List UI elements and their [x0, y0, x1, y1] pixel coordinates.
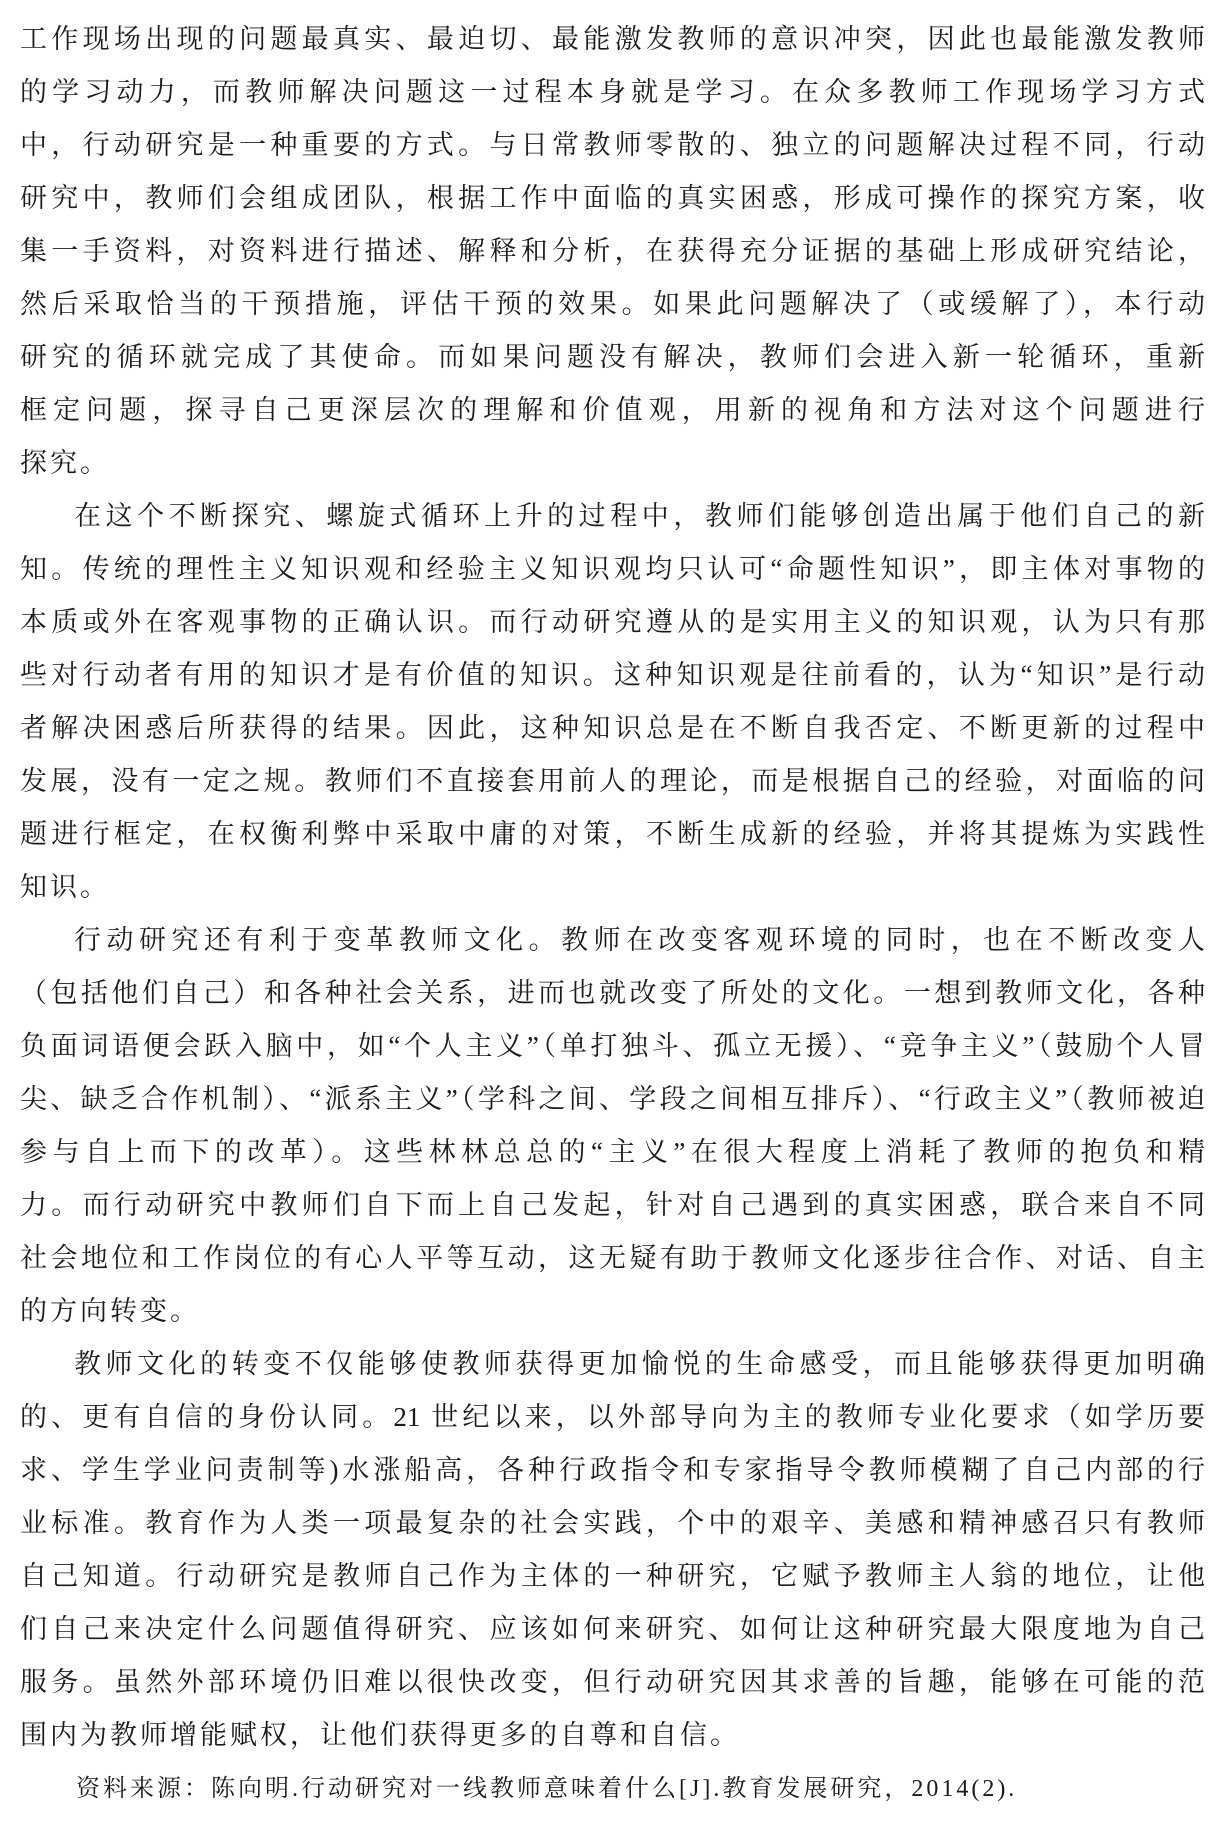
- text-line: 参与自上而下的改革）。这些林林总总的“主义”在很大程度上消耗了教师的抱负和精: [20, 1126, 1205, 1179]
- text-line: 服务。虽然外部环境仍旧难以很快改变，但行动研究因其求善的旨趣，能够在可能的范: [20, 1656, 1205, 1709]
- source-note: 资料来源：陈向明.行动研究对一线教师意味着什么[J].教育发展研究，2014(2…: [20, 1770, 1205, 1808]
- document-page: 工作现场出现的问题最真实、最迫切、最能激发教师的意识冲突，因此也最能激发教师的学…: [0, 0, 1221, 1822]
- text-line: 研究中，教师们会组成团队，根据工作中面临的真实困惑，形成可操作的探究方案，收: [20, 172, 1205, 225]
- text-line: 集一手资料，对资料进行描述、解释和分析，在获得充分证据的基础上形成研究结论，: [20, 225, 1205, 278]
- text-line: 负面词语便会跃入脑中，如“个人主义”（单打独斗、孤立无援）、“竞争主义”（鼓励个…: [20, 1020, 1205, 1073]
- text-line: 知。传统的理性主义知识观和经验主义知识观均只认可“命题性知识”，即主体对事物的: [20, 543, 1205, 596]
- text-line: 探究。: [20, 437, 1205, 490]
- text-line: 们自己来决定什么问题值得研究、应该如何来研究、如何让这种研究最大限度地为自己: [20, 1603, 1205, 1656]
- text-line: 的学习动力，而教师解决问题这一过程本身就是学习。在众多教师工作现场学习方式: [20, 66, 1205, 119]
- text-line: 自己知道。行动研究是教师自己作为主体的一种研究，它赋予教师主人翁的地位，让他: [20, 1550, 1205, 1603]
- paragraph: 行动研究还有利于变革教师文化。教师在改变客观环境的同时，也在不断改变人（包括他们…: [20, 914, 1205, 1338]
- text-line: 尖、缺乏合作机制）、“派系主义”（学科之间、学段之间相互排斥）、“行政主义”（教…: [20, 1073, 1205, 1126]
- text-line: 求、学生学业问责制等)水涨船高，各种行政指令和专家指导令教师模糊了自己内部的行: [20, 1444, 1205, 1497]
- paragraph: 工作现场出现的问题最真实、最迫切、最能激发教师的意识冲突，因此也最能激发教师的学…: [20, 13, 1205, 490]
- text-line: 工作现场出现的问题最真实、最迫切、最能激发教师的意识冲突，因此也最能激发教师: [20, 13, 1205, 66]
- text-line: 的、更有自信的身份认同。21 世纪以来，以外部导向为主的教师专业化要求（如学历要: [20, 1391, 1205, 1444]
- text-line: 发展，没有一定之规。教师们不直接套用前人的理论，而是根据自己的经验，对面临的问: [20, 755, 1205, 808]
- text-line: 教师文化的转变不仅能够使教师获得更加愉悦的生命感受，而且能够获得更加明确: [20, 1338, 1205, 1391]
- text-line: 些对行动者有用的知识才是有价值的知识。这种知识观是往前看的，认为“知识”是行动: [20, 649, 1205, 702]
- text-line: 框定问题，探寻自己更深层次的理解和价值观，用新的视角和方法对这个问题进行: [20, 384, 1205, 437]
- text-line: 在这个不断探究、螺旋式循环上升的过程中，教师们能够创造出属于他们自己的新: [20, 490, 1205, 543]
- text-line: 中，行动研究是一种重要的方式。与日常教师零散的、独立的问题解决过程不同，行动: [20, 119, 1205, 172]
- text-line: 围内为教师增能赋权，让他们获得更多的自尊和自信。: [20, 1709, 1205, 1762]
- document-body: 工作现场出现的问题最真实、最迫切、最能激发教师的意识冲突，因此也最能激发教师的学…: [20, 13, 1205, 1762]
- text-line: 者解决困惑后所获得的结果。因此，这种知识总是在不断自我否定、不断更新的过程中: [20, 702, 1205, 755]
- paragraph: 在这个不断探究、螺旋式循环上升的过程中，教师们能够创造出属于他们自己的新知。传统…: [20, 490, 1205, 914]
- text-line: 行动研究还有利于变革教师文化。教师在改变客观环境的同时，也在不断改变人: [20, 914, 1205, 967]
- text-line: 的方向转变。: [20, 1285, 1205, 1338]
- text-line: 业标准。教育作为人类一项最复杂的社会实践，个中的艰辛、美感和精神感召只有教师: [20, 1497, 1205, 1550]
- text-line: 力。而行动研究中教师们自下而上自己发起，针对自己遇到的真实困惑，联合来自不同: [20, 1179, 1205, 1232]
- paragraph: 教师文化的转变不仅能够使教师获得更加愉悦的生命感受，而且能够获得更加明确的、更有…: [20, 1338, 1205, 1762]
- text-line: （包括他们自己）和各种社会关系，进而也就改变了所处的文化。一想到教师文化，各种: [20, 967, 1205, 1020]
- text-line: 然后采取恰当的干预措施，评估干预的效果。如果此问题解决了（或缓解了），本行动: [20, 278, 1205, 331]
- text-line: 知识。: [20, 861, 1205, 914]
- text-line: 本质或外在客观事物的正确认识。而行动研究遵从的是实用主义的知识观，认为只有那: [20, 596, 1205, 649]
- text-line: 社会地位和工作岗位的有心人平等互动，这无疑有助于教师文化逐步往合作、对话、自主: [20, 1232, 1205, 1285]
- text-line: 题进行框定，在权衡利弊中采取中庸的对策，不断生成新的经验，并将其提炼为实践性: [20, 808, 1205, 861]
- text-line: 研究的循环就完成了其使命。而如果问题没有解决，教师们会进入新一轮循环，重新: [20, 331, 1205, 384]
